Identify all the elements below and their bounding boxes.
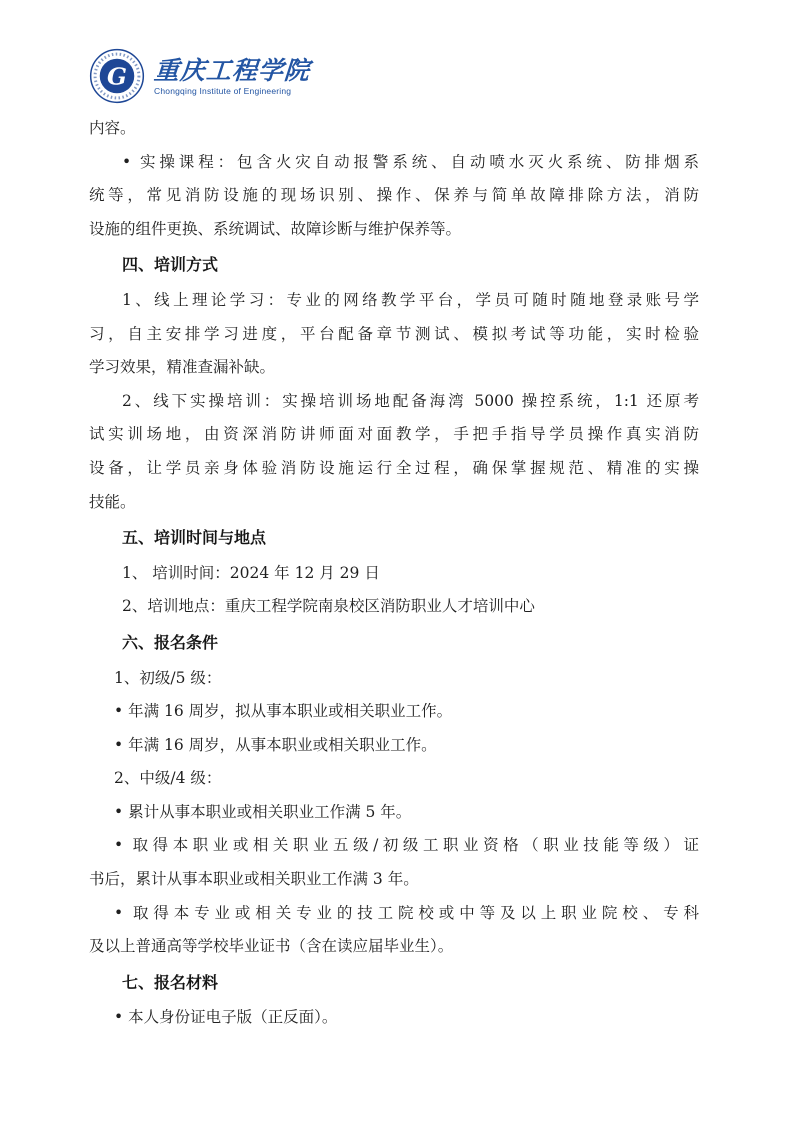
doc-line: 内容。 [89, 112, 699, 146]
doc-line: 书后，累计从事本职业或相关职业工作满 3 年。 [89, 863, 699, 897]
doc-line: • 取得本专业或相关专业的技工院校或中等及以上职业院校、专科 [89, 897, 699, 931]
doc-line: • 取得本职业或相关职业五级/初级工职业资格（职业技能等级）证 [89, 829, 699, 863]
school-name-en: Chongqing Institute of Engineering [154, 86, 310, 97]
school-name-zh: 重庆工程学院 [153, 56, 311, 86]
doc-line: 1、线上理论学习：专业的网络教学平台，学员可随时随地登录账号学 [89, 284, 699, 318]
logo: G 重庆工程学院 Chongqing Institute of Engineer… [89, 48, 310, 104]
section-heading: 四、培训方式 [89, 249, 699, 283]
section-heading: 五、培训时间与地点 [89, 522, 699, 556]
school-emblem-icon: G [89, 48, 145, 104]
doc-line: 2、中级/4 级： [89, 762, 699, 796]
doc-line: • 累计从事本职业或相关职业工作满 5 年。 [89, 796, 699, 830]
doc-line: 1、 培训时间：2024 年 12 月 29 日 [89, 557, 699, 591]
emblem-monogram: G [107, 62, 127, 90]
document-body: 内容。• 实操课程：包含火灾自动报警系统、自动喷水灭火系统、防排烟系统等，常见消… [89, 112, 699, 1035]
doc-line: 2、线下实操培训：实操培训场地配备海湾 5000 操控系统，1:1 还原考 [89, 385, 699, 419]
doc-line: 2、培训地点：重庆工程学院南泉校区消防职业人才培训中心 [89, 590, 699, 624]
section-heading: 七、报名材料 [89, 967, 699, 1001]
doc-line: • 年满 16 周岁，拟从事本职业或相关职业工作。 [89, 695, 699, 729]
doc-line: 1、初级/5 级： [89, 662, 699, 696]
doc-line: • 实操课程：包含火灾自动报警系统、自动喷水灭火系统、防排烟系 [89, 146, 699, 180]
doc-line: 试实训场地，由资深消防讲师面对面教学，手把手指导学员操作真实消防 [89, 418, 699, 452]
doc-line: • 本人身份证电子版（正反面）。 [89, 1001, 699, 1035]
doc-line: 及以上普通高等学校毕业证书（含在读应届毕业生）。 [89, 930, 699, 964]
doc-line: 设备，让学员亲身体验消防设施运行全过程，确保掌握规范、精准的实操 [89, 452, 699, 486]
doc-line: 技能。 [89, 486, 699, 520]
doc-line: • 年满 16 周岁，从事本职业或相关职业工作。 [89, 729, 699, 763]
doc-line: 统等，常见消防设施的现场识别、操作、保养与简单故障排除方法，消防 [89, 179, 699, 213]
doc-line: 学习效果，精准查漏补缺。 [89, 351, 699, 385]
section-heading: 六、报名条件 [89, 627, 699, 661]
doc-line: 设施的组件更换、系统调试、故障诊断与维护保养等。 [89, 213, 699, 247]
school-names: 重庆工程学院 Chongqing Institute of Engineerin… [154, 56, 310, 97]
doc-line: 习，自主安排学习进度，平台配备章节测试、模拟考试等功能，实时检验 [89, 318, 699, 352]
document-page: G 重庆工程学院 Chongqing Institute of Engineer… [0, 0, 794, 1122]
